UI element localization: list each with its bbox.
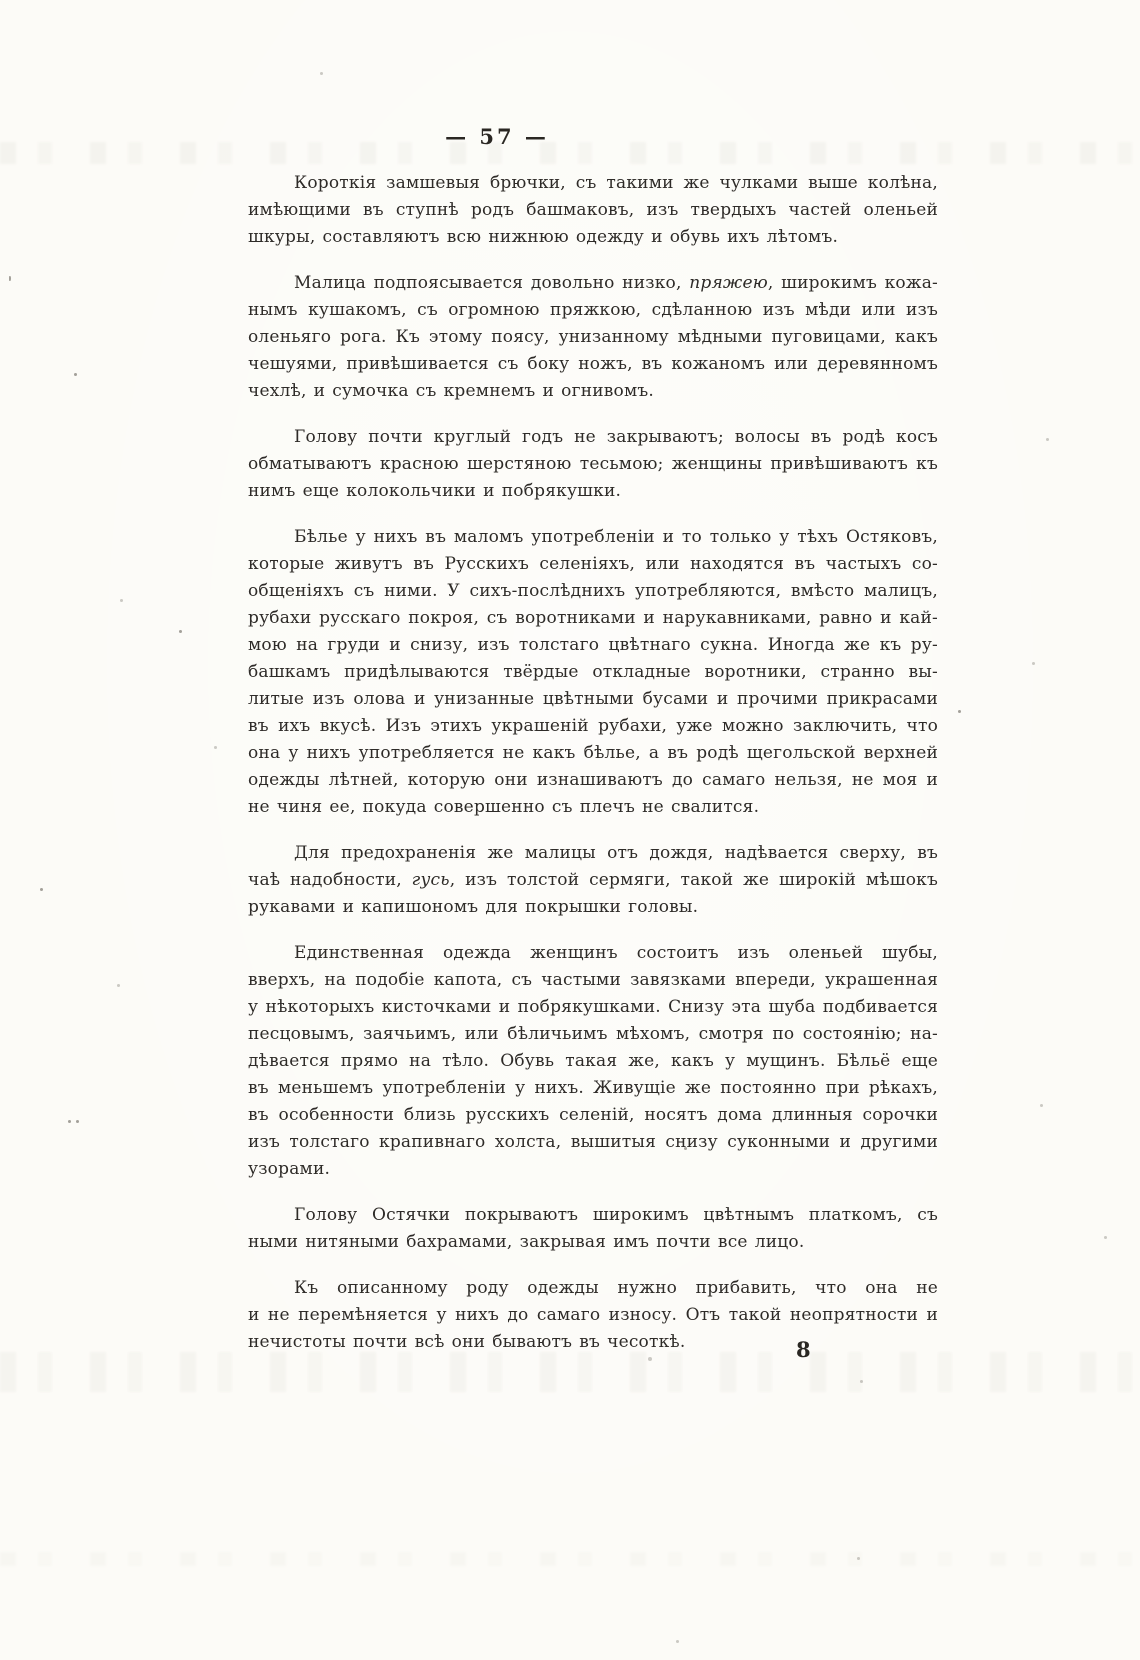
text-run: одежды лѣтней, которую они изнашиваютъ д… (248, 770, 938, 790)
text-run: дѣвается прямо на тѣло. Обувь такая же, … (248, 1051, 938, 1071)
text-line: рубахи русскаго покроя, съ воротниками и… (248, 605, 938, 632)
text-run: она у нихъ употребляется не какъ бѣлье, … (248, 743, 938, 763)
text-run: , широкимъ кожа- (768, 273, 938, 293)
text-run: у нѣкоторыхъ кисточками и побрякушками. … (248, 997, 938, 1017)
text-line: рукавами и капишономъ для покрышки голов… (248, 894, 938, 921)
text-line: чехлѣ, и сумочка съ кремнемъ и огнивомъ. (248, 378, 938, 405)
text-run: чешуями, привѣшивается съ боку ножъ, въ … (248, 354, 938, 374)
text-run: пряжею (689, 273, 768, 293)
text-run: въ особенности близь русскихъ селеній, н… (248, 1105, 938, 1125)
scan-speck (1104, 1236, 1107, 1239)
scan-speck (676, 1640, 679, 1643)
scan-speck (1040, 1104, 1043, 1107)
text-run: шкуры, составляютъ всю нижнюю одежду и о… (248, 227, 838, 247)
text-line: Бѣлье у нихъ въ маломъ употребленіи и то… (248, 524, 938, 551)
paragraph: Голову Остячки покрываютъ широкимъ цвѣтн… (248, 1202, 938, 1256)
text-line: Къ описанному роду одежды нужно прибавит… (248, 1275, 938, 1302)
scan-speck (120, 599, 123, 602)
scanned-page: — 57 — Короткія замшевыя брючки, съ таки… (0, 0, 1140, 1660)
text-run: въ ихъ вкусѣ. Изъ этихъ украшеній рубахи… (248, 716, 938, 736)
text-run: въ меньшемъ употребленіи у нихъ. Живущіе… (248, 1078, 938, 1098)
text-run: не чиня ее, покуда совершенно съ плечъ н… (248, 797, 759, 817)
text-run: Голову почти круглый годъ не закрываютъ;… (294, 427, 938, 447)
scan-noise-band (0, 1552, 1140, 1566)
text-run: чехлѣ, и сумочка съ кремнемъ и огнивомъ. (248, 381, 654, 401)
text-run: Бѣлье у нихъ въ маломъ употребленіи и то… (294, 527, 938, 547)
text-run: общеніяхъ съ ними. У сихъ-послѣднихъ упо… (248, 581, 938, 601)
paragraph: Короткія замшевыя брючки, съ такими же ч… (248, 170, 938, 251)
scan-speck (1032, 662, 1035, 665)
text-run: имѣющими въ ступнѣ родъ башмаковъ, изъ т… (248, 200, 938, 220)
text-line: литые изъ олова и унизанные цвѣтными бус… (248, 686, 938, 713)
text-line: нимъ еще колокольчики и побрякушки. (248, 478, 938, 505)
text-line: изъ толстаго крапивнаго холста, вышитыя … (248, 1129, 938, 1156)
scan-speck (684, 1147, 687, 1150)
scan-speck (76, 1120, 79, 1123)
scan-speck (1046, 438, 1049, 441)
scan-speck (74, 373, 77, 376)
text-run: песцовымъ, заячьимъ, или бѣличьимъ мѣхом… (248, 1024, 938, 1044)
text-run: вверхъ, на подобіе капота, съ частыми за… (248, 970, 938, 990)
text-line: Для предохраненія же малицы отъ дождя, н… (248, 840, 938, 867)
paragraph: Бѣлье у нихъ въ маломъ употребленіи и то… (248, 524, 938, 821)
text-line: дѣвается прямо на тѣло. Обувь такая же, … (248, 1048, 938, 1075)
text-run: гусь (412, 870, 450, 890)
text-run: и не перемѣняется у нихъ до самаго износ… (248, 1305, 938, 1325)
scan-speck (179, 630, 182, 633)
text-line: Малица подпоясывается довольно низко, пр… (248, 270, 938, 297)
text-line: и не перемѣняется у нихъ до самаго износ… (248, 1302, 938, 1329)
text-line: не чиня ее, покуда совершенно съ плечъ н… (248, 794, 938, 821)
text-run: Малица подпоясывается довольно низко, (294, 273, 689, 293)
text-run: чаѣ надобности, (248, 870, 412, 890)
text-line: нечистоты почти всѣ они бываютъ въ чесот… (248, 1329, 938, 1356)
scan-speck (68, 1120, 71, 1123)
text-line: въ меньшемъ употребленіи у нихъ. Живущіе… (248, 1075, 938, 1102)
text-run: нимъ еще колокольчики и побрякушки. (248, 481, 621, 501)
text-run: рукавами и капишономъ для покрышки голов… (248, 897, 698, 917)
scan-speck (860, 1380, 863, 1383)
text-run: нечистоты почти всѣ они бываютъ въ чесот… (248, 1332, 685, 1352)
scan-speck (117, 984, 120, 987)
text-run: узорами. (248, 1159, 330, 1179)
page-number: — 57 — (0, 124, 994, 149)
text-run: изъ толстаго крапивнаго холста, вышитыя … (248, 1132, 938, 1152)
text-run: нымъ кушакомъ, съ огромною пряжкою, сдѣл… (248, 300, 938, 320)
text-run: которые живутъ въ Русскихъ селеніяхъ, ил… (248, 554, 938, 574)
text-line: чаѣ надобности, гусь, изъ толстой сермяг… (248, 867, 938, 894)
text-line: башкамъ придѣлываются твёрдые откладные … (248, 659, 938, 686)
text-line: общеніяхъ съ ними. У сихъ-послѣднихъ упо… (248, 578, 938, 605)
text-run: литые изъ олова и унизанные цвѣтными бус… (248, 689, 938, 709)
text-line: у нѣкоторыхъ кисточками и побрякушками. … (248, 994, 938, 1021)
text-run: мою на груди и снизу, изъ толстаго цвѣтн… (248, 635, 938, 655)
text-line: обматываютъ красною шерстяною тесьмою; ж… (248, 451, 938, 478)
text-run: рубахи русскаго покроя, съ воротниками и… (248, 608, 938, 628)
text-run: башкамъ придѣлываются твёрдые откладные … (248, 662, 938, 682)
text-line: мою на груди и снизу, изъ толстаго цвѣтн… (248, 632, 938, 659)
paragraph: Къ описанному роду одежды нужно прибавит… (248, 1275, 938, 1356)
text-line: Единственная одежда женщинъ состоитъ изъ… (248, 940, 938, 967)
text-run: Для предохраненія же малицы отъ дождя, н… (248, 843, 938, 867)
text-line: ными нитяными бахрамами, закрывая имъ по… (248, 1229, 938, 1256)
scan-speck (9, 276, 11, 281)
text-line: она у нихъ употребляется не какъ бѣлье, … (248, 740, 938, 767)
paragraph: Голову почти круглый годъ не закрываютъ;… (248, 424, 938, 505)
text-line: оленьяго рога. Къ этому поясу, унизанном… (248, 324, 938, 351)
signature-mark: 8 (796, 1337, 811, 1362)
text-line: въ ихъ вкусѣ. Изъ этихъ украшеній рубахи… (248, 713, 938, 740)
text-line: Голову Остячки покрываютъ широкимъ цвѣтн… (248, 1202, 938, 1229)
scan-speck (958, 710, 961, 713)
text-run: ными нитяными бахрамами, закрывая имъ по… (248, 1232, 804, 1252)
text-line: песцовымъ, заячьимъ, или бѣличьимъ мѣхом… (248, 1021, 938, 1048)
text-line: имѣющими въ ступнѣ родъ башмаковъ, изъ т… (248, 197, 938, 224)
text-line: которые живутъ въ Русскихъ селеніяхъ, ил… (248, 551, 938, 578)
text-line: нымъ кушакомъ, съ огромною пряжкою, сдѣл… (248, 297, 938, 324)
scan-speck (857, 1557, 860, 1560)
text-line: Короткія замшевыя брючки, съ такими же ч… (248, 170, 938, 197)
scan-speck (40, 888, 43, 891)
text-line: вверхъ, на подобіе капота, съ частыми за… (248, 967, 938, 994)
text-line: шкуры, составляютъ всю нижнюю одежду и о… (248, 224, 938, 251)
paragraph: Единственная одежда женщинъ состоитъ изъ… (248, 940, 938, 1183)
text-run: оленьяго рога. Къ этому поясу, унизанном… (248, 327, 938, 347)
scan-speck (214, 746, 217, 749)
scan-speck (648, 1357, 652, 1361)
text-run: Голову Остячки покрываютъ широкимъ цвѣтн… (248, 1205, 938, 1229)
scan-speck (320, 72, 323, 75)
text-run: Къ описанному роду одежды нужно прибавит… (248, 1278, 938, 1302)
text-line: узорами. (248, 1156, 938, 1183)
text-line: Голову почти круглый годъ не закрываютъ;… (248, 424, 938, 451)
text-run: обматываютъ красною шерстяною тесьмою; ж… (248, 454, 938, 474)
text-run: Короткія замшевыя брючки, съ такими же ч… (294, 173, 938, 193)
text-run: Единственная одежда женщинъ состоитъ изъ… (248, 943, 938, 967)
text-line: въ особенности близь русскихъ селеній, н… (248, 1102, 938, 1129)
paragraph: Для предохраненія же малицы отъ дождя, н… (248, 840, 938, 921)
text-line: одежды лѣтней, которую они изнашиваютъ д… (248, 767, 938, 794)
page-text: Короткія замшевыя брючки, съ такими же ч… (248, 170, 938, 1375)
text-line: чешуями, привѣшивается съ боку ножъ, въ … (248, 351, 938, 378)
paragraph: Малица подпоясывается довольно низко, пр… (248, 270, 938, 405)
